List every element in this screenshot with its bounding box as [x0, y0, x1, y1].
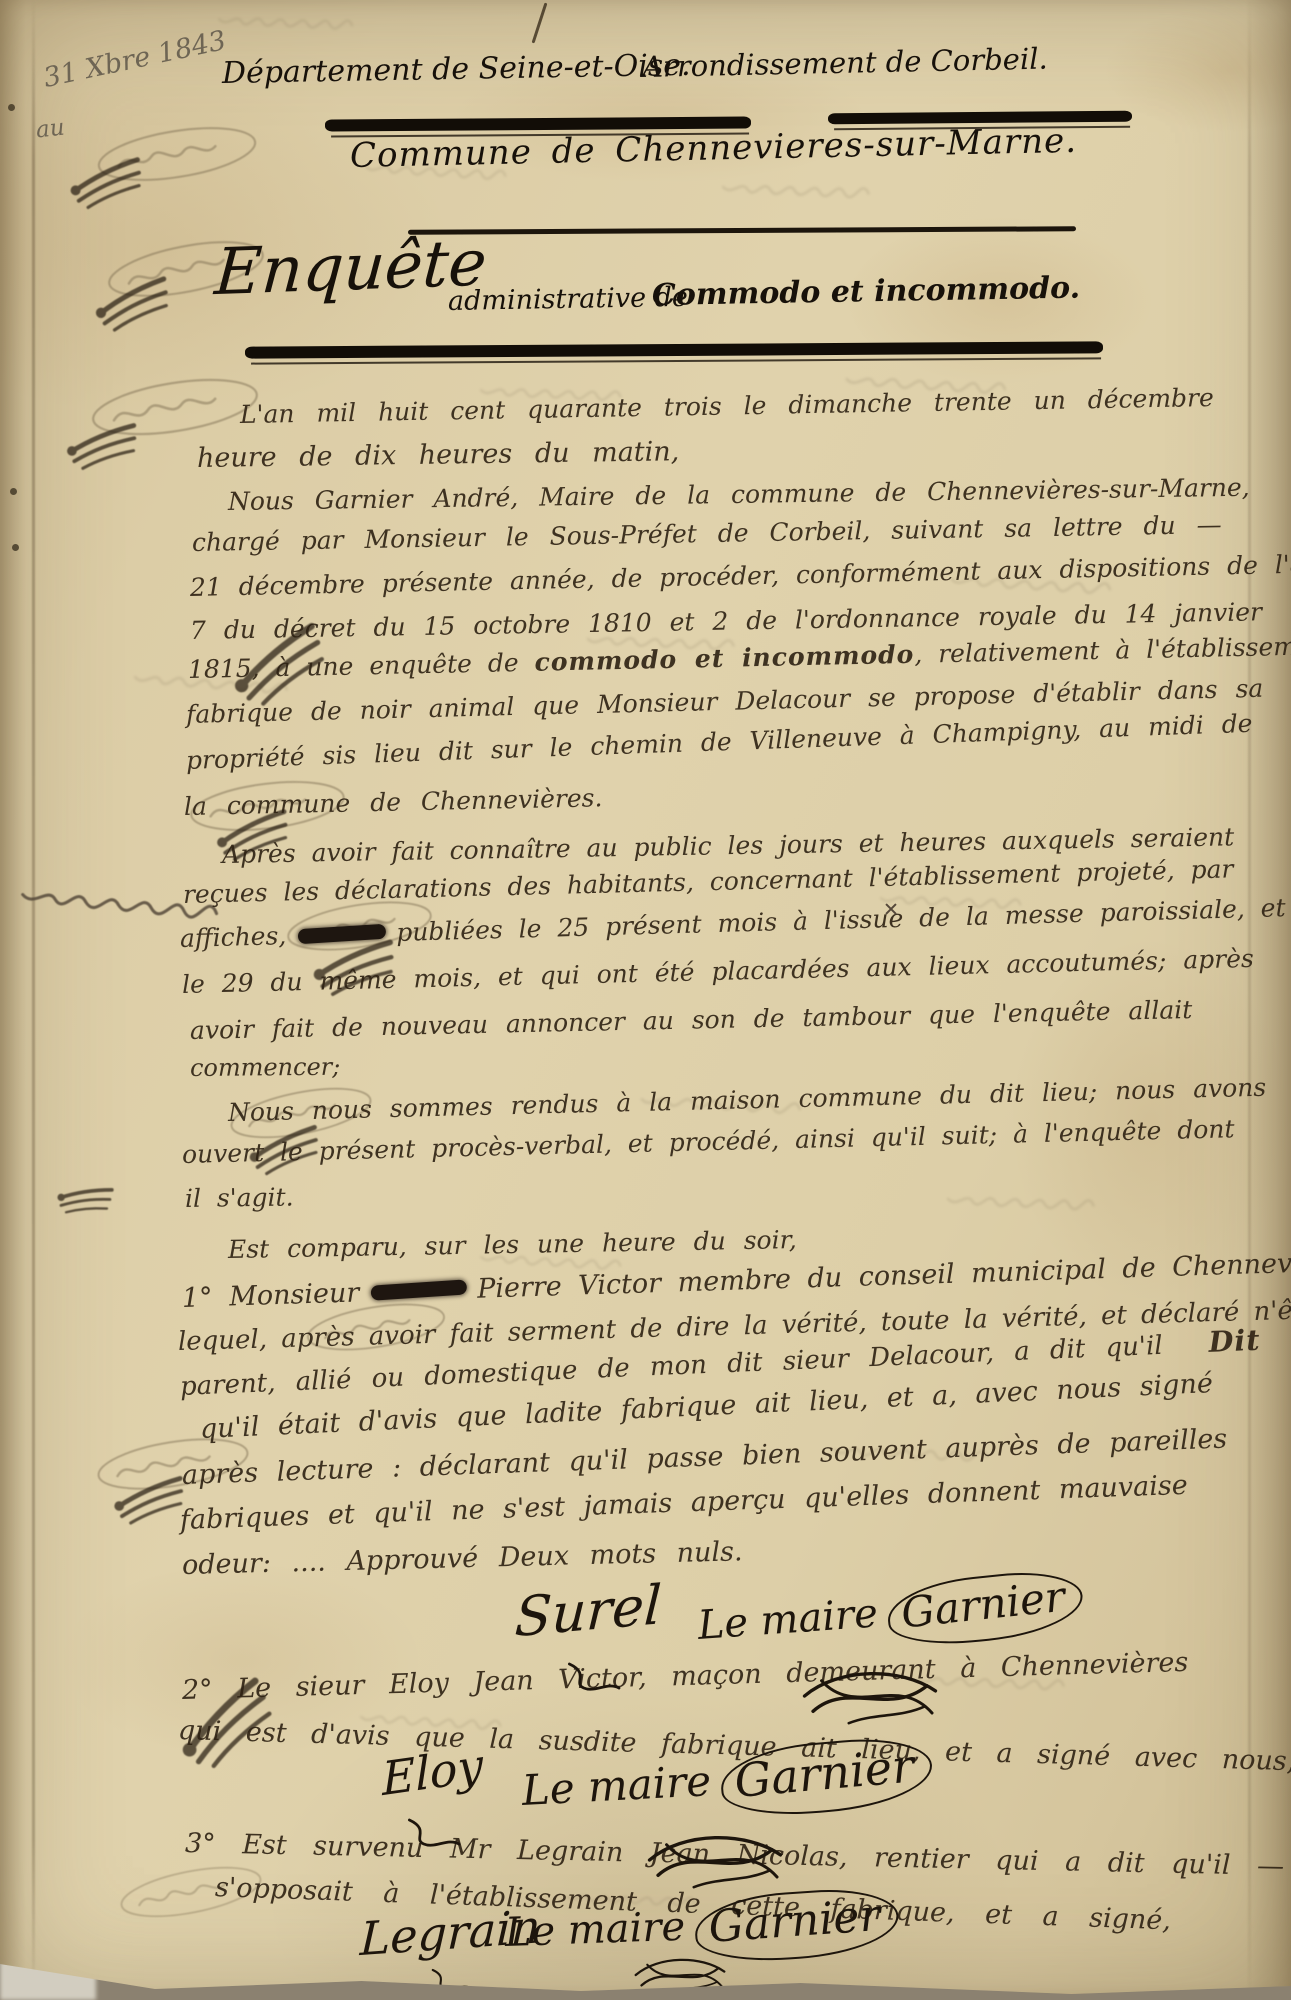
commune-underline — [408, 226, 1076, 234]
signature-mayor-garnier: Le maireGarnier — [696, 1569, 1086, 1661]
manuscript-line: chargé par Monsieur le Sous-Préfet de Co… — [192, 510, 1222, 557]
stitch-hole — [10, 488, 17, 495]
manuscript-text: , relativement à l'établissement d'une — [914, 629, 1291, 669]
signature-paraph — [610, 1952, 750, 1998]
signature-flourish — [560, 1656, 630, 1696]
signature-flourish — [420, 1964, 484, 1994]
ink-bleed-mark — [46, 1157, 124, 1237]
ink-blot-strikethrough — [371, 1279, 468, 1300]
arrondissement-heading: Arrondissement de Corbeil. — [642, 42, 1048, 84]
ink-bleed-mark — [63, 144, 149, 216]
stray-pen-mark — [532, 3, 548, 44]
manuscript-text: affiches, — [180, 921, 287, 953]
signature-paraph — [640, 1826, 790, 1894]
title-emphasis: Commodo et incommodo. — [652, 271, 1081, 313]
manuscript-line: Est comparu, sur les une heure du soir, — [228, 1225, 797, 1264]
binding-edge-shadow — [0, 0, 26, 2000]
stitch-hole — [12, 544, 19, 551]
bleed-through-mark — [639, 163, 950, 220]
title-rule — [245, 341, 1103, 358]
manuscript-line: avoir fait de nouveau annoncer au son de… — [190, 995, 1193, 1045]
stitch-hole — [8, 104, 15, 111]
mayor-title: Le maire — [504, 1904, 686, 1956]
ink-blot-strikethrough — [298, 924, 387, 944]
scanned-manuscript-page: 31 Xbre 1843 au Département de Seine-et-… — [0, 0, 1291, 2000]
fold-crease — [32, 0, 35, 2000]
pencil-date-annotation: 31 Xbre 1843 — [41, 25, 229, 94]
right-edge-shadow — [1245, 0, 1291, 2000]
department-heading: Département de Seine-et-Oise. — [222, 48, 691, 91]
manuscript-line: Nous Garnier André, Maire de la commune … — [228, 473, 1250, 516]
signature-paraph — [795, 1662, 945, 1730]
manuscript-line: commencer; — [190, 1053, 341, 1082]
mayor-name: Garnier — [718, 1733, 935, 1821]
ink-bleed-mark — [88, 265, 176, 337]
bleed-through-mark — [879, 1175, 1160, 1231]
manuscript-line: il s'agit. — [185, 1182, 294, 1213]
mayor-title: Le maire — [696, 1590, 879, 1648]
signature-flourish — [400, 1812, 470, 1852]
manuscript-line: heure de dix heures du matin, — [197, 436, 680, 474]
inserted-word: Dit — [1208, 1323, 1261, 1359]
manuscript-text: 1815, à une enquête de — [188, 648, 535, 684]
document-paper: 31 Xbre 1843 au Département de Seine-et-… — [0, 0, 1291, 2000]
fold-crease — [1248, 0, 1251, 2000]
signature-surel: Surel — [513, 1573, 663, 1649]
insertion-caret-mark — [884, 902, 898, 916]
manuscript-line: L'an mil huit cent quarante trois le dim… — [240, 383, 1214, 429]
pencil-note-annotation: au — [35, 115, 66, 144]
mayor-title: Le maire — [521, 1756, 713, 1815]
mayor-name: Garnier — [885, 1566, 1087, 1651]
manuscript-text: 1° Monsieur — [182, 1277, 360, 1314]
